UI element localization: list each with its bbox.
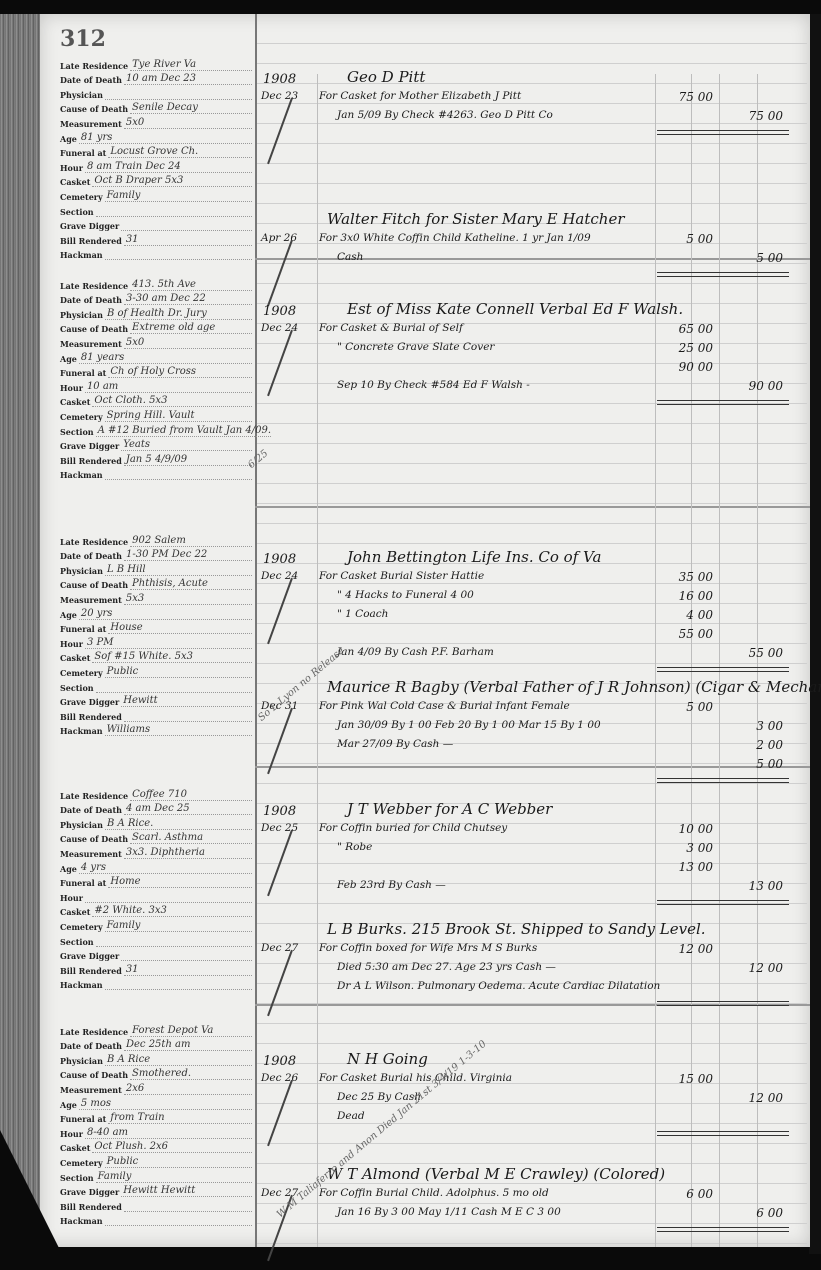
line-description: " Concrete Grave Slate Cover	[337, 341, 494, 353]
account-name: J T Webber for A C Webber	[347, 800, 552, 818]
field-label: Cemetery	[60, 412, 103, 422]
field-value: Public	[105, 666, 252, 678]
record-5-details: Late ResidenceForest Depot VaDate of Dea…	[60, 1022, 252, 1226]
settlement-rule	[657, 1005, 789, 1006]
field-value: Extreme old age	[130, 322, 252, 334]
field-label: Section	[60, 427, 94, 437]
credit-amount: 75 00	[727, 109, 783, 123]
field-value: Family	[105, 190, 252, 202]
record-3-details: Late Residence902 SalemDate of Death1-30…	[60, 532, 252, 736]
account-name: Geo D Pitt	[347, 68, 425, 86]
line-description: For Coffin boxed for Wife Mrs M S Burks	[319, 942, 537, 954]
field-section: Section	[60, 932, 252, 947]
field-label: Funeral at	[60, 148, 106, 158]
field-label: Date of Death	[60, 805, 122, 815]
field-label: Funeral at	[60, 368, 106, 378]
entry-year: 1908	[263, 304, 296, 319]
debit-amount: 12 00	[657, 942, 713, 956]
field-bill-rendered: Bill RenderedJan 5 4/9/09	[60, 451, 252, 466]
line-description: Sep 10 By Check #584 Ed F Walsh -	[337, 379, 530, 391]
settlement-rule	[657, 900, 789, 901]
line-description: Died 5:30 am Dec 27. Age 23 yrs Cash —	[337, 961, 556, 973]
field-value: Hewitt	[121, 695, 252, 707]
field-label: Casket	[60, 177, 90, 187]
field-late-residence: Late Residence413. 5th Ave	[60, 276, 252, 291]
field-funeral-at: Funeral atLocust Grove Ch.	[60, 144, 252, 159]
debit-amount: 3 00	[657, 841, 713, 855]
field-value	[85, 902, 252, 903]
binding-edge	[809, 14, 821, 1254]
field-late-residence: Late Residence902 Salem	[60, 532, 252, 547]
field-label: Grave Digger	[60, 441, 119, 451]
line-description: Dead	[337, 1110, 365, 1122]
field-bill-rendered: Bill Rendered31	[60, 231, 252, 246]
field-label: Hour	[60, 163, 83, 173]
field-value: Williams	[105, 724, 252, 736]
credit-amount: 2 00	[727, 738, 783, 752]
line-description: For Casket & Burial of Self	[319, 322, 463, 334]
field-label: Hour	[60, 383, 83, 393]
field-value: 3x3. Diphtheria	[124, 847, 252, 859]
field-value: 413. 5th Ave	[130, 279, 252, 291]
field-label: Bill Rendered	[60, 236, 122, 246]
field-grave-digger: Grave DiggerYeats	[60, 437, 252, 452]
field-value: Oct B Draper 5x3	[92, 175, 252, 187]
field-value: Dec 25th am	[124, 1039, 252, 1051]
field-grave-digger: Grave Digger	[60, 217, 252, 232]
field-label: Hackman	[60, 470, 103, 480]
field-value	[121, 230, 252, 231]
field-value: 8 am Train Dec 24	[85, 161, 252, 173]
field-value: 5x0	[124, 337, 252, 349]
field-value: 4 am Dec 25	[124, 803, 252, 815]
field-cause-of-death: Cause of DeathPhthisis, Acute	[60, 576, 252, 591]
field-value: Scarl. Asthma	[130, 832, 252, 844]
field-value	[105, 1225, 252, 1226]
paid-check-mark	[267, 240, 293, 306]
field-age: Age5 mos	[60, 1095, 252, 1110]
field-value: Oct Cloth. 5x3	[92, 395, 252, 407]
field-label: Date of Death	[60, 1041, 122, 1051]
field-label: Measurement	[60, 1085, 122, 1095]
field-label: Casket	[60, 907, 90, 917]
field-age: Age81 yrs	[60, 129, 252, 144]
field-grave-digger: Grave DiggerHewitt Hewitt	[60, 1183, 252, 1198]
field-label: Casket	[60, 397, 90, 407]
field-physician: PhysicianL B Hill	[60, 561, 252, 576]
field-date-of-death: Date of DeathDec 25th am	[60, 1037, 252, 1052]
field-physician: Physician	[60, 85, 252, 100]
credit-amount: 3 00	[727, 719, 783, 733]
settlement-rule	[657, 130, 789, 131]
field-hackman: Hackman	[60, 976, 252, 991]
field-label: Hour	[60, 639, 83, 649]
paid-check-mark	[267, 330, 293, 396]
field-section: SectionFamily	[60, 1168, 252, 1183]
field-label: Casket	[60, 653, 90, 663]
record-4-details: Late ResidenceCoffee 710Date of Death4 a…	[60, 786, 252, 990]
field-bill-rendered: Bill Rendered	[60, 707, 252, 722]
paid-check-mark	[267, 950, 293, 1016]
record-details-column: Late ResidenceTye River VaDate of Death1…	[40, 14, 257, 1247]
credit-cents-rule	[757, 74, 758, 1247]
credit-amount: 90 00	[727, 379, 783, 393]
credit-amount: 12 00	[727, 1091, 783, 1105]
field-hour: Hour8-40 am	[60, 1124, 252, 1139]
line-description: For Coffin buried for Child Chutsey	[319, 822, 507, 834]
field-label: Hackman	[60, 726, 103, 736]
field-label: Hackman	[60, 980, 103, 990]
line-description: Feb 23rd By Cash —	[337, 879, 446, 891]
record-2-details: Late Residence413. 5th AveDate of Death3…	[60, 276, 252, 480]
field-value: 31	[124, 234, 252, 246]
credit-amount: 13 00	[727, 879, 783, 893]
settlement-rule	[657, 782, 789, 783]
line-description: " 1 Coach	[337, 608, 388, 620]
field-value: 1-30 PM Dec 22	[124, 549, 252, 561]
line-description: Mar 27/09 By Cash —	[337, 738, 453, 750]
field-value	[121, 960, 252, 961]
settlement-rule	[657, 1227, 789, 1228]
settlement-rule	[657, 400, 789, 401]
line-description: For Casket for Mother Elizabeth J Pitt	[319, 90, 521, 102]
field-funeral-at: Funeral atfrom Train	[60, 1110, 252, 1125]
field-value: B A Rice.	[105, 818, 252, 830]
field-section: Section	[60, 202, 252, 217]
field-hour: Hour10 am	[60, 378, 252, 393]
settlement-rule	[657, 667, 789, 668]
ledger-page: 312 Late ResidenceTye River VaDate of De…	[40, 14, 810, 1247]
field-value: Public	[105, 1156, 252, 1168]
field-label: Late Residence	[60, 61, 128, 71]
field-age: Age4 yrs	[60, 859, 252, 874]
field-label: Hackman	[60, 250, 103, 260]
debit-column-rule	[655, 74, 656, 1247]
field-physician: PhysicianB A Rice	[60, 1051, 252, 1066]
debit-amount: 15 00	[657, 1072, 713, 1086]
field-cemetery: CemeteryFamily	[60, 187, 252, 202]
line-description: Jan 5/09 By Check #4263. Geo D Pitt Co	[337, 109, 553, 121]
field-label: Hour	[60, 893, 83, 903]
account-name: L B Burks. 215 Brook St. Shipped to Sand…	[327, 920, 706, 938]
account-name: N H Going	[347, 1050, 428, 1068]
field-section: SectionA #12 Buried from Vault Jan 4/09.	[60, 422, 252, 437]
entry-year: 1908	[263, 804, 296, 819]
debit-amount: 5 00	[657, 232, 713, 246]
field-label: Section	[60, 937, 94, 947]
debit-amount: 65 00	[657, 322, 713, 336]
field-age: Age20 yrs	[60, 605, 252, 620]
field-cause-of-death: Cause of DeathSmothered.	[60, 1066, 252, 1081]
field-value	[105, 259, 252, 260]
field-value: Family	[96, 1171, 252, 1183]
paid-check-mark	[267, 98, 293, 164]
line-description: Cash	[337, 251, 363, 263]
line-description: For Casket Burial his Child. Virginia	[319, 1072, 512, 1084]
field-value: Spring Hill. Vault	[105, 410, 252, 422]
field-cemetery: CemeteryPublic	[60, 1153, 252, 1168]
field-casket: CasketOct Plush. 2x6	[60, 1139, 252, 1154]
field-value: B of Health Dr. Jury	[105, 308, 252, 320]
paid-check-mark	[267, 708, 293, 774]
field-label: Date of Death	[60, 295, 122, 305]
line-description: For 3x0 White Coffin Child Katheline. 1 …	[319, 232, 591, 244]
debit-amount: 13 00	[657, 860, 713, 874]
field-value: Oct Plush. 2x6	[92, 1141, 252, 1153]
field-grave-digger: Grave DiggerHewitt	[60, 693, 252, 708]
field-value	[105, 479, 252, 480]
field-value: Smothered.	[130, 1068, 252, 1080]
field-label: Section	[60, 207, 94, 217]
field-cemetery: CemeteryFamily	[60, 917, 252, 932]
field-value: Family	[105, 920, 252, 932]
account-name: W T Almond (Verbal M E Crawley) (Colored…	[327, 1165, 665, 1183]
field-value: Ch of Holy Cross	[108, 366, 252, 378]
field-label: Cause of Death	[60, 1070, 128, 1080]
credit-amount: 12 00	[727, 961, 783, 975]
credit-amount: 6 00	[727, 1206, 783, 1220]
field-hackman: Hackman	[60, 1212, 252, 1227]
account-name: John Bettington Life Ins. Co of Va	[347, 548, 601, 566]
field-label: Grave Digger	[60, 697, 119, 707]
field-funeral-at: Funeral atHouse	[60, 620, 252, 635]
field-grave-digger: Grave Digger	[60, 947, 252, 962]
debit-amount: 25 00	[657, 341, 713, 355]
entry-year: 1908	[263, 1054, 296, 1069]
field-value: Phthisis, Acute	[130, 578, 252, 590]
field-label: Grave Digger	[60, 221, 119, 231]
field-hackman: Hackman	[60, 466, 252, 481]
settlement-rule	[657, 134, 789, 135]
account-ledger: 1908Geo D PittDec 23For Casket for Mothe…	[257, 14, 807, 1247]
line-description: Jan 30/09 By 1 00 Feb 20 By 1 00 Mar 15 …	[337, 719, 601, 731]
paid-check-mark	[267, 1080, 293, 1146]
field-label: Physician	[60, 310, 103, 320]
field-label: Measurement	[60, 595, 122, 605]
credit-amount: 55 00	[727, 646, 783, 660]
settlement-rule	[657, 1131, 789, 1132]
field-value: Jan 5 4/9/09	[124, 454, 252, 466]
debit-amount: 16 00	[657, 589, 713, 603]
field-value: 2x6	[124, 1083, 252, 1095]
field-value: 3 PM	[85, 637, 252, 649]
field-label: Cause of Death	[60, 324, 128, 334]
field-label: Measurement	[60, 119, 122, 129]
date-column-rule	[317, 74, 318, 1247]
line-description: " 4 Hacks to Funeral 4 00	[337, 589, 474, 601]
field-label: Age	[60, 354, 77, 364]
field-casket: CasketOct Cloth. 5x3	[60, 393, 252, 408]
field-date-of-death: Date of Death4 am Dec 25	[60, 801, 252, 816]
field-value: Senile Decay	[130, 102, 252, 114]
field-value: Hewitt Hewitt	[121, 1185, 252, 1197]
line-date: Dec 24	[261, 570, 298, 582]
field-value	[96, 216, 252, 217]
entry-year: 1908	[263, 72, 296, 87]
settlement-rule	[657, 404, 789, 405]
field-label: Funeral at	[60, 878, 106, 888]
field-value: 5x0	[124, 117, 252, 129]
field-value: from Train	[108, 1112, 252, 1124]
field-value: 4 yrs	[79, 862, 252, 874]
field-label: Measurement	[60, 339, 122, 349]
field-hour: Hour	[60, 888, 252, 903]
field-label: Physician	[60, 566, 103, 576]
field-value: 3-30 am Dec 22	[124, 293, 252, 305]
paid-check-mark	[267, 830, 293, 896]
debit-amount: 35 00	[657, 570, 713, 584]
field-label: Late Residence	[60, 537, 128, 547]
field-funeral-at: Funeral atHome	[60, 874, 252, 889]
credit-column-rule	[719, 74, 720, 1247]
page-corner-shadow	[0, 1130, 70, 1270]
field-label: Cause of Death	[60, 834, 128, 844]
field-value: Tye River Va	[130, 59, 252, 71]
field-casket: Casket#2 White. 3x3	[60, 903, 252, 918]
field-hackman: HackmanWilliams	[60, 722, 252, 737]
field-value: 8-40 am	[85, 1127, 252, 1139]
field-value: Home	[108, 876, 252, 888]
field-value	[124, 1211, 252, 1212]
field-label: Age	[60, 864, 77, 874]
field-value: Coffee 710	[130, 789, 252, 801]
field-cause-of-death: Cause of DeathScarl. Asthma	[60, 830, 252, 845]
debit-amount: 5 00	[657, 700, 713, 714]
record-1-details: Late ResidenceTye River VaDate of Death1…	[60, 56, 252, 260]
field-measurement: Measurement5x3	[60, 590, 252, 605]
field-label: Funeral at	[60, 624, 106, 634]
line-date: Dec 25	[261, 822, 298, 834]
field-casket: CasketSof #15 White. 5x3	[60, 649, 252, 664]
field-late-residence: Late ResidenceForest Depot Va	[60, 1022, 252, 1037]
field-value: L B Hill	[105, 564, 252, 576]
field-value	[124, 721, 252, 722]
field-bill-rendered: Bill Rendered31	[60, 961, 252, 976]
field-age: Age81 years	[60, 349, 252, 364]
field-label: Cause of Death	[60, 104, 128, 114]
field-bill-rendered: Bill Rendered	[60, 1197, 252, 1212]
line-description: For Coffin Burial Child. Adolphus. 5 mo …	[319, 1187, 549, 1199]
field-label: Age	[60, 134, 77, 144]
account-name: Est of Miss Kate Connell Verbal Ed F Wal…	[347, 300, 683, 318]
field-value: 10 am	[85, 381, 252, 393]
field-label: Measurement	[60, 849, 122, 859]
field-section: Section	[60, 678, 252, 693]
debit-amount: 6 00	[657, 1187, 713, 1201]
line-description: For Casket Burial Sister Hattie	[319, 570, 484, 582]
field-label: Physician	[60, 1056, 103, 1066]
field-label: Bill Rendered	[60, 456, 122, 466]
field-funeral-at: Funeral atCh of Holy Cross	[60, 364, 252, 379]
settlement-rule	[657, 1135, 789, 1136]
line-date: Dec 27	[261, 942, 298, 954]
field-casket: CasketOct B Draper 5x3	[60, 173, 252, 188]
field-cemetery: CemeterySpring Hill. Vault	[60, 407, 252, 422]
settlement-rule	[657, 276, 789, 277]
debit-amount: 10 00	[657, 822, 713, 836]
field-value: 902 Salem	[130, 535, 252, 547]
credit-amount: 5 00	[727, 757, 783, 771]
field-date-of-death: Date of Death1-30 PM Dec 22	[60, 547, 252, 562]
line-date: Dec 24	[261, 322, 298, 334]
line-description: " Robe	[337, 841, 372, 853]
debit-amount: 75 00	[657, 90, 713, 104]
settlement-rule	[657, 778, 789, 779]
line-description: Jan 4/09 By Cash P.F. Barham	[337, 646, 494, 658]
field-value: #2 White. 3x3	[92, 905, 252, 917]
field-hackman: Hackman	[60, 246, 252, 261]
field-hour: Hour3 PM	[60, 634, 252, 649]
line-description: Jan 16 By 3 00 May 1/11 Cash M E C 3 00	[337, 1206, 561, 1218]
field-value: 81 yrs	[79, 132, 252, 144]
field-label: Physician	[60, 820, 103, 830]
field-label: Late Residence	[60, 281, 128, 291]
field-label: Cemetery	[60, 668, 103, 678]
field-value: 31	[124, 964, 252, 976]
field-label: Late Residence	[60, 1027, 128, 1037]
field-label: Cemetery	[60, 192, 103, 202]
field-cemetery: CemeteryPublic	[60, 663, 252, 678]
field-label: Age	[60, 610, 77, 620]
field-label: Cause of Death	[60, 580, 128, 590]
field-value: 20 yrs	[79, 608, 252, 620]
field-value: 10 am Dec 23	[124, 73, 252, 85]
field-date-of-death: Date of Death3-30 am Dec 22	[60, 291, 252, 306]
field-value	[105, 99, 252, 100]
field-value	[96, 946, 252, 947]
field-value	[96, 692, 252, 693]
field-value: Yeats	[121, 439, 252, 451]
settlement-rule	[657, 1231, 789, 1232]
field-late-residence: Late ResidenceTye River Va	[60, 56, 252, 71]
line-description: For Pink Wal Cold Case & Burial Infant F…	[319, 700, 570, 712]
field-value: B A Rice	[105, 1054, 252, 1066]
account-name: Maurice R Bagby (Verbal Father of J R Jo…	[327, 678, 821, 696]
field-value	[105, 989, 252, 990]
debit-amount: 90 00	[657, 360, 713, 374]
field-physician: PhysicianB of Health Dr. Jury	[60, 305, 252, 320]
field-cause-of-death: Cause of DeathSenile Decay	[60, 100, 252, 115]
field-value: Sof #15 White. 5x3	[92, 651, 252, 663]
settlement-rule	[657, 671, 789, 672]
field-value: 5 mos	[79, 1098, 252, 1110]
line-date: Dec 23	[261, 90, 298, 102]
entry-year: 1908	[263, 552, 296, 567]
field-label: Late Residence	[60, 791, 128, 801]
field-value: A #12 Buried from Vault Jan 4/09.	[96, 425, 271, 437]
field-label: Date of Death	[60, 75, 122, 85]
debit-amount: 4 00	[657, 608, 713, 622]
field-label: Date of Death	[60, 551, 122, 561]
line-date: Dec 26	[261, 1072, 298, 1084]
field-measurement: Measurement3x3. Diphtheria	[60, 844, 252, 859]
field-label: Physician	[60, 90, 103, 100]
settlement-rule	[657, 1001, 789, 1002]
field-cause-of-death: Cause of DeathExtreme old age	[60, 320, 252, 335]
field-label: Age	[60, 1100, 77, 1110]
field-value: 5x3	[124, 593, 252, 605]
paid-check-mark	[267, 578, 293, 644]
field-label: Bill Rendered	[60, 712, 122, 722]
field-label: Grave Digger	[60, 951, 119, 961]
field-late-residence: Late ResidenceCoffee 710	[60, 786, 252, 801]
line-description: Dr A L Wilson. Pulmonary Oedema. Acute C…	[337, 980, 660, 992]
account-name: Walter Fitch for Sister Mary E Hatcher	[327, 210, 625, 228]
field-label: Section	[60, 683, 94, 693]
field-value: Forest Depot Va	[130, 1025, 252, 1037]
debit-amount: 55 00	[657, 627, 713, 641]
field-hour: Hour8 am Train Dec 24	[60, 158, 252, 173]
